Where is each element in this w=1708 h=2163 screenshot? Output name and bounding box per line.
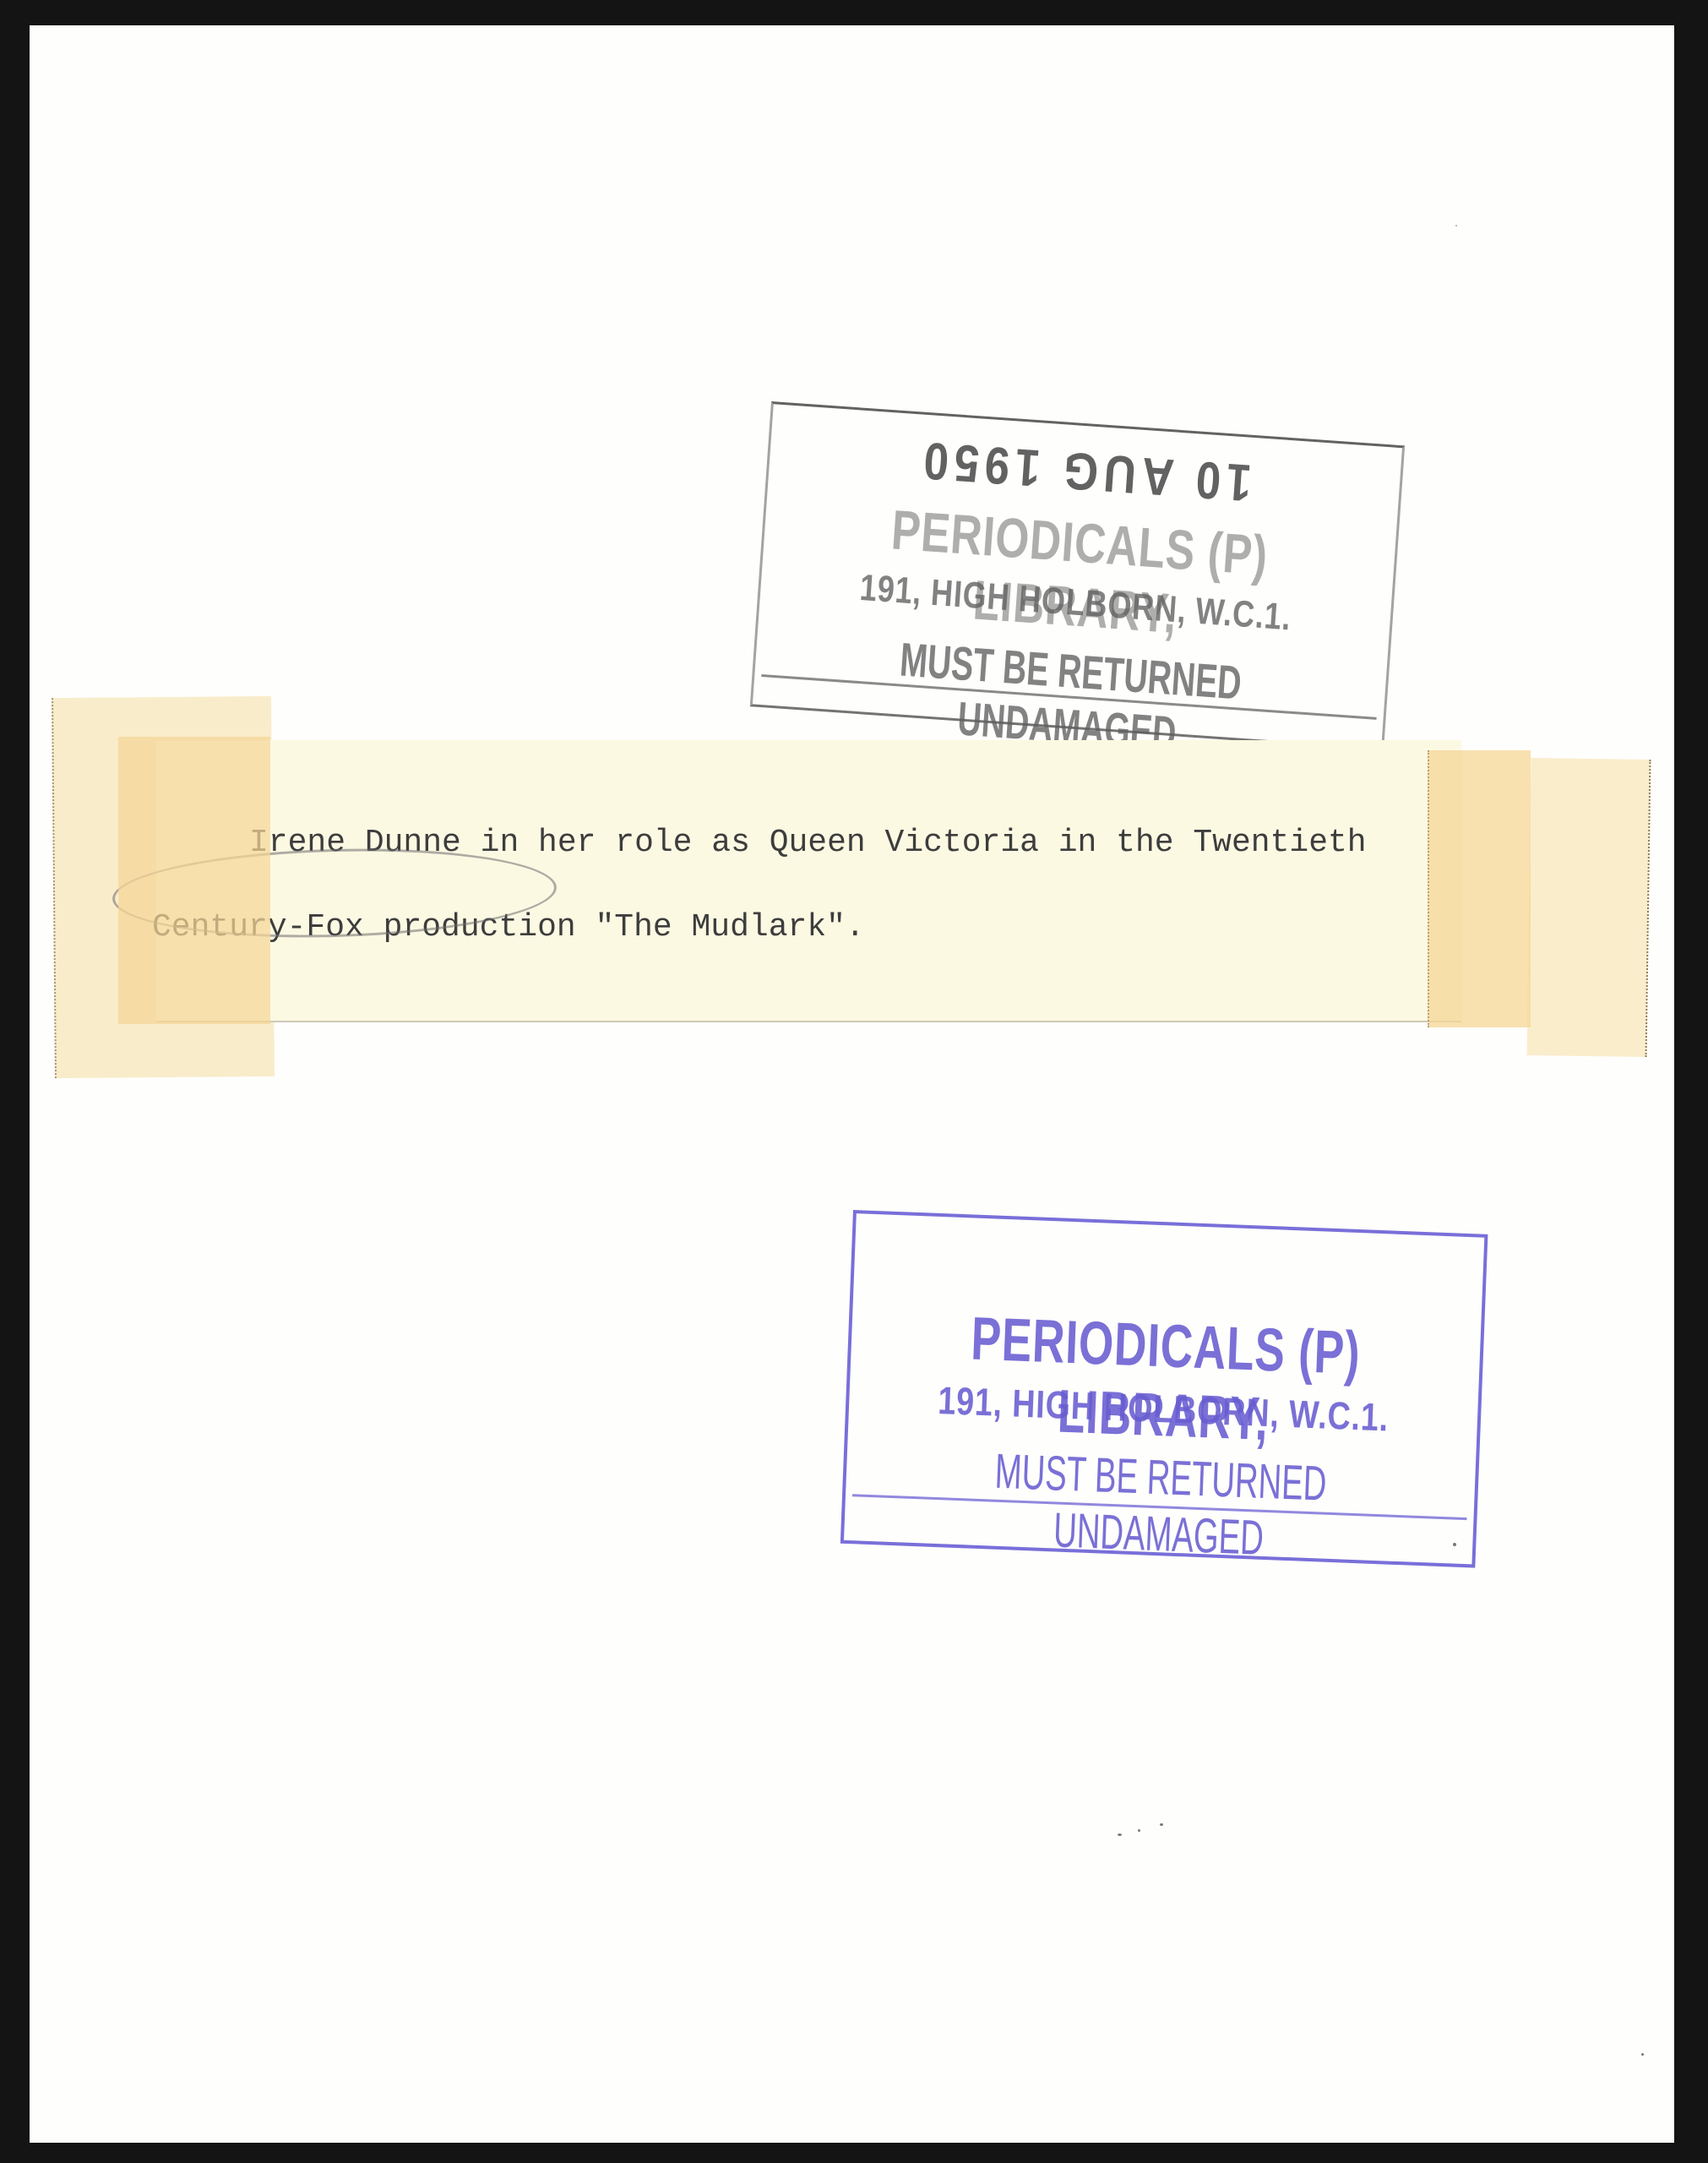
library-stamp-gray: 10 AUG 1950 PERIODICALS (P) LIBRARY, 191…: [750, 401, 1405, 751]
stamp-notice: MUST BE RETURNED UNDAMAGED: [950, 1441, 1369, 1571]
tape-right-outer: [1527, 758, 1651, 1057]
tape-left-inner: [118, 737, 270, 1024]
tape-right-inner: [1428, 750, 1531, 1027]
paper-speck: [1641, 2053, 1644, 2056]
paper-speck: [1160, 1823, 1163, 1826]
photo-back-page: 10 AUG 1950 PERIODICALS (P) LIBRARY, 191…: [30, 25, 1674, 2143]
paper-speck: [1453, 1543, 1456, 1546]
paper-speck: [1138, 1829, 1140, 1832]
paper-speck: [1118, 1833, 1122, 1836]
paper-speck: [1455, 225, 1457, 226]
library-stamp-purple: PERIODICALS (P) LIBRARY, 191, HIGH HOLBO…: [840, 1210, 1488, 1568]
